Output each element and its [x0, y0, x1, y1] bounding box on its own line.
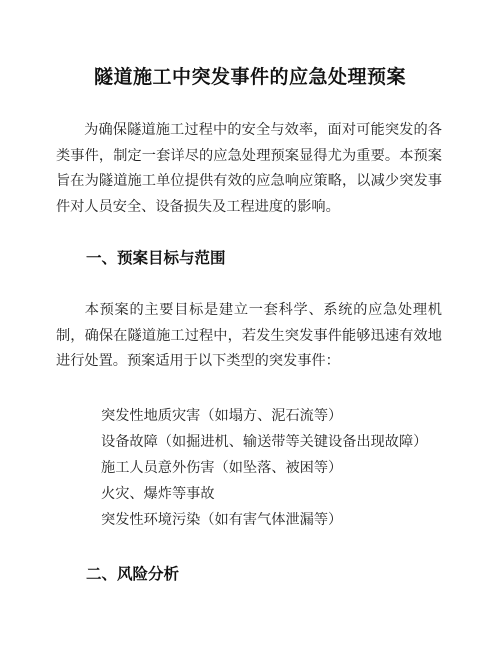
event-type-list: 突发性地质灾害（如塌方、泥石流等） 设备故障（如掘进机、输送带等关键设备出现故障… [101, 403, 427, 533]
document-page: 隧道施工中突发事件的应急处理预案 为确保隧道施工过程中的安全与效率，面对可能突发… [0, 0, 500, 647]
section-1-text: 本预案的主要目标是建立一套科学、系统的应急处理机制，确保在隧道施工过程中，若发生… [56, 302, 442, 369]
document-title: 隧道施工中突发事件的应急处理预案 [0, 62, 500, 89]
section-heading-1: 一、预案目标与范围 [86, 246, 226, 268]
section-1-paragraph: 本预案的主要目标是建立一套科学、系统的应急处理机制，确保在隧道施工过程中，若发生… [56, 298, 442, 375]
section-heading-2: 二、风险分析 [86, 562, 179, 584]
list-item: 突发性环境污染（如有害气体泄漏等） [101, 507, 427, 533]
list-item: 施工人员意外伤害（如坠落、被困等） [101, 455, 427, 481]
list-item: 火灾、爆炸等事故 [101, 481, 427, 507]
intro-paragraph: 为确保隧道施工过程中的安全与效率，面对可能突发的各类事件，制定一套详尽的应急处理… [56, 118, 442, 220]
intro-text: 为确保隧道施工过程中的安全与效率，面对可能突发的各类事件，制定一套详尽的应急处理… [56, 122, 442, 215]
list-item: 设备故障（如掘进机、输送带等关键设备出现故障） [101, 429, 427, 455]
list-item: 突发性地质灾害（如塌方、泥石流等） [101, 403, 427, 429]
